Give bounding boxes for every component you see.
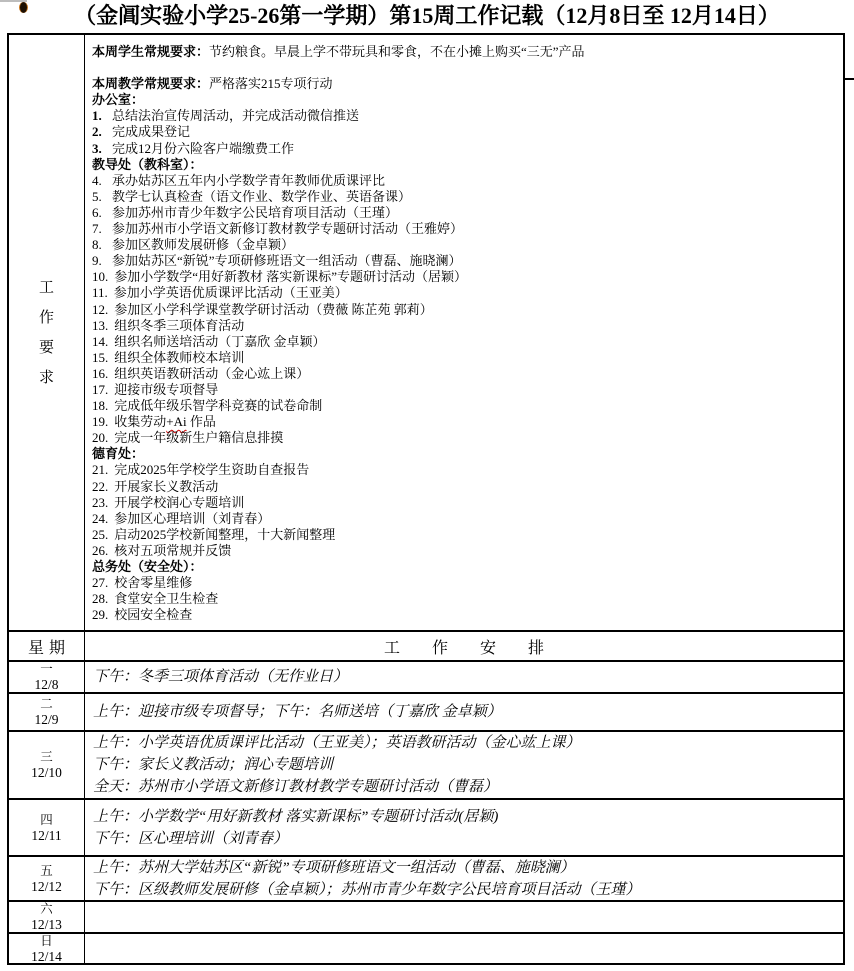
requirements-row: 工作要求 本周学生常规要求：节约粮食。早晨上学不带玩具和零食，不在小摊上购买“三…	[9, 35, 843, 632]
day-of-week: 日	[40, 934, 53, 949]
requirement-item: 24.参加区心理培训（刘青春）	[92, 511, 839, 527]
item-text: 收集劳动	[114, 414, 166, 429]
requirement-item: 21.完成2025年学校学生资助自查报告	[92, 462, 839, 478]
requirement-item: 29.校园安全检查	[92, 607, 839, 623]
section-header: 总务处（安全处）：	[92, 559, 839, 575]
schedule-row: 六12/13	[9, 902, 843, 934]
item-text: 食堂安全卫生检查	[114, 591, 218, 606]
schedule-entry: 下午：家长义教活动；润心专题培训	[93, 754, 837, 776]
side-label-char: 求	[39, 363, 54, 393]
item-text: 校舍零星维修	[114, 575, 192, 590]
schedule-entries	[85, 934, 843, 963]
item-text: 参加区教师发展研修（金卓颖）	[112, 237, 294, 252]
requirements-content: 本周学生常规要求：节约粮食。早晨上学不带玩具和零食，不在小摊上购买“三无”产品 …	[85, 35, 843, 630]
clipped-table-line	[845, 78, 854, 80]
date-label: 12/9	[34, 712, 58, 727]
schedule-rows: 一12/8下午：冬季三项体育活动（无作业日）二12/9上午：迎接市级专项督导；下…	[9, 662, 843, 963]
item-text: 参加区心理培训（刘青春）	[114, 511, 270, 526]
item-number: 22.	[92, 479, 108, 495]
requirement-item: 8.参加区教师发展研修（金卓颖）	[92, 237, 839, 253]
schedule-row: 二12/9上午：迎接市级专项督导；下午：名师送培（丁嘉欣 金卓颖）	[9, 694, 843, 732]
item-number: 15.	[92, 350, 108, 366]
item-text: 组织全体教师校本培训	[114, 350, 244, 365]
item-text: 参加区小学科学课堂教学研讨活动（费薇 陈芷苑 郭莉）	[114, 302, 433, 317]
requirement-item: 2.完成成果登记	[92, 124, 839, 140]
day-column-header: 星期	[9, 632, 85, 660]
date-label: 12/14	[31, 949, 62, 964]
work-arrangement-header: 工 作 安 排	[85, 632, 843, 660]
item-text: 完成低年级乐智学科竞赛的试卷命制	[114, 398, 322, 413]
item-text: 参加苏州市青少年数字公民培育项目活动（王瑾）	[112, 205, 398, 220]
schedule-row: 三12/10上午：小学英语优质课评比活动（王亚美）；英语教研活动（金心竑上课）下…	[9, 732, 843, 800]
requirement-item: 28.食堂安全卫生检查	[92, 591, 839, 607]
requirement-item: 23.开展学校润心专题培训	[92, 495, 839, 511]
schedule-day-cell: 五12/12	[9, 857, 85, 900]
requirement-item: 11.参加小学英语优质课评比活动（王亚美）	[92, 285, 839, 301]
item-number: 13.	[92, 318, 108, 334]
date-label: 12/12	[31, 879, 62, 894]
schedule-row: 四12/11上午：小学数学“用好新教材 落实新课标”专题研讨活动(居颖)下午：区…	[9, 800, 843, 857]
item-text: 完成一年级新生户籍信息排摸	[114, 430, 283, 445]
requirement-item: 1.总结法治宣传周活动，并完成活动微信推送	[92, 108, 839, 124]
schedule-entries: 上午：迎接市级专项督导；下午：名师送培（丁嘉欣 金卓颖）	[85, 694, 843, 730]
schedule-day-cell: 一12/8	[9, 662, 85, 692]
schedule-day-cell: 三12/10	[9, 732, 85, 798]
requirement-item: 13.组织冬季三项体育活动	[92, 318, 839, 334]
requirement-item: 27.校舍零星维修	[92, 575, 839, 591]
item-text: 参加小学数学“用好新教材 落实新课标”专题研讨活动（居颖）	[114, 269, 467, 284]
day-of-week: 四	[40, 813, 53, 828]
requirement-item: 5.教学七认真检查（语文作业、数学作业、英语备课）	[92, 189, 839, 205]
item-text: 作品	[187, 414, 216, 429]
item-text: 承办姑苏区五年内小学数学青年教师优质课评比	[112, 173, 385, 188]
item-number: 1.	[92, 108, 106, 124]
day-of-week: 六	[40, 902, 53, 917]
date-label: 12/10	[31, 765, 62, 780]
item-text: 启动2025学校新闻整理，十大新闻整理	[114, 527, 335, 542]
item-text: 教学七认真检查（语文作业、数学作业、英语备课）	[112, 189, 411, 204]
requirement-item: 18.完成低年级乐智学科竞赛的试卷命制	[92, 398, 839, 414]
item-number: 10.	[92, 269, 108, 285]
section-header: 德育处：	[92, 446, 839, 462]
schedule-entries: 上午：小学数学“用好新教材 落实新课标”专题研讨活动(居颖)下午：区心理培训（刘…	[85, 800, 843, 855]
item-number: 12.	[92, 302, 108, 318]
item-number: 7.	[92, 221, 106, 237]
item-text: 开展学校润心专题培训	[114, 495, 244, 510]
schedule-row: 一12/8下午：冬季三项体育活动（无作业日）	[9, 662, 843, 694]
requirement-item: 22.开展家长义教活动	[92, 479, 839, 495]
rule-label: 本周学生常规要求：	[92, 44, 209, 59]
item-text: 总结法治宣传周活动，并完成活动微信推送	[112, 108, 359, 123]
schedule-day-cell: 六12/13	[9, 902, 85, 932]
item-number: 25.	[92, 527, 108, 543]
requirement-line: 本周教学常规要求：严格落实215专项行动	[92, 76, 839, 92]
section-header: 办公室：	[92, 92, 839, 108]
item-text: 完成12月份六险客户端缴费工作	[112, 141, 294, 156]
item-number: 5.	[92, 189, 106, 205]
day-of-week: 一	[40, 662, 53, 677]
item-number: 28.	[92, 591, 108, 607]
item-text: 迎接市级专项督导	[114, 382, 218, 397]
requirement-item: 14.组织名师送培活动（丁嘉欣 金卓颖）	[92, 334, 839, 350]
item-number: 23.	[92, 495, 108, 511]
date-label: 12/13	[31, 917, 62, 932]
side-label-char: 作	[39, 303, 54, 333]
item-number: 11.	[92, 285, 108, 301]
item-number: 6.	[92, 205, 106, 221]
requirement-item: 9.参加姑苏区“新锐”专项研修班语文一组活动（曹磊、施晓澜）	[92, 253, 839, 269]
requirement-item: 3.完成12月份六险客户端缴费工作	[92, 141, 839, 157]
requirement-item: 4.承办姑苏区五年内小学数学青年教师优质课评比	[92, 173, 839, 189]
requirement-item: 6.参加苏州市青少年数字公民培育项目活动（王瑾）	[92, 205, 839, 221]
rule-text: 节约粮食。早晨上学不带玩具和零食，不在小摊上购买“三无”产品	[209, 44, 585, 59]
date-label: 12/8	[34, 677, 58, 692]
requirements-side-label: 工作要求	[9, 35, 85, 630]
item-number: 18.	[92, 398, 108, 414]
item-text: 组织名师送培活动（丁嘉欣 金卓颖）	[114, 334, 325, 349]
requirement-item: 15.组织全体教师校本培训	[92, 350, 839, 366]
item-number: 16.	[92, 366, 108, 382]
item-text: 校园安全检查	[114, 607, 192, 622]
requirement-item: 16.组织英语教研活动（金心竑上课）	[92, 366, 839, 382]
side-label-char: 工	[39, 273, 54, 303]
spellcheck-squiggle-text: +Ai	[166, 414, 186, 429]
item-text: 组织英语教研活动（金心竑上课）	[114, 366, 309, 381]
item-number: 3.	[92, 141, 106, 157]
item-number: 17.	[92, 382, 108, 398]
requirement-line	[92, 60, 839, 76]
schedule-row: 五12/12上午：苏州大学姑苏区“新锐”专项研修班语文一组活动（曹磊、施晓澜）下…	[9, 857, 843, 902]
schedule-entry: 上午：小学数学“用好新教材 落实新课标”专题研讨活动(居颖)	[93, 806, 837, 828]
item-text: 开展家长义教活动	[114, 479, 218, 494]
schedule-entry: 下午：区级教师发展研修（金卓颖）；苏州市青少年数字公民培育项目活动（王瑾）	[93, 879, 837, 901]
requirement-item: 20.完成一年级新生户籍信息排摸	[92, 430, 839, 446]
schedule-entries: 上午：小学英语优质课评比活动（王亚美）；英语教研活动（金心竑上课）下午：家长义教…	[85, 732, 843, 798]
item-text: 参加姑苏区“新锐”专项研修班语文一组活动（曹磊、施晓澜）	[112, 253, 462, 268]
section-header: 教导处（教科室）：	[92, 157, 839, 173]
schedule-entry: 下午：冬季三项体育活动（无作业日）	[93, 666, 837, 688]
day-of-week: 二	[40, 697, 53, 712]
requirement-item: 17.迎接市级专项督导	[92, 382, 839, 398]
side-label-char: 要	[39, 333, 54, 363]
schedule-entry: 全天：苏州市小学语文新修订教材教学专题研讨活动（曹磊）	[93, 776, 837, 798]
rule-label: 本周教学常规要求：	[92, 76, 209, 91]
item-number: 8.	[92, 237, 106, 253]
schedule-entry: 上午：苏州大学姑苏区“新锐”专项研修班语文一组活动（曹磊、施晓澜）	[93, 857, 837, 879]
item-text: 完成2025年学校学生资助自查报告	[114, 462, 309, 477]
item-text: 完成成果登记	[112, 124, 190, 139]
item-text: 参加苏州市小学语文新修订教材教学专题研讨活动（王雅婷）	[112, 221, 463, 236]
item-number: 2.	[92, 124, 106, 140]
schedule-entry: 下午：区心理培训（刘青春）	[93, 828, 837, 850]
day-of-week: 三	[40, 750, 53, 765]
item-number: 27.	[92, 575, 108, 591]
requirement-item: 19.收集劳动+Ai 作品	[92, 414, 839, 430]
item-number: 4.	[92, 173, 106, 189]
schedule-day-cell: 四12/11	[9, 800, 85, 855]
item-number: 24.	[92, 511, 108, 527]
item-number: 21.	[92, 462, 108, 478]
requirement-item: 26.核对五项常规并反馈	[92, 543, 839, 559]
schedule-entries: 下午：冬季三项体育活动（无作业日）	[85, 662, 843, 692]
item-number: 26.	[92, 543, 108, 559]
item-text: 参加小学英语优质课评比活动（王亚美）	[114, 285, 348, 300]
item-text: 核对五项常规并反馈	[114, 543, 231, 558]
item-number: 29.	[92, 607, 108, 623]
rule-text: 严格落实215专项行动	[209, 76, 333, 91]
item-number: 9.	[92, 253, 106, 269]
requirement-item: 7.参加苏州市小学语文新修订教材教学专题研讨活动（王雅婷）	[92, 221, 839, 237]
requirement-item: 12.参加区小学科学课堂教学研讨活动（费薇 陈芷苑 郭莉）	[92, 302, 839, 318]
day-of-week: 五	[40, 864, 53, 879]
item-text: 组织冬季三项体育活动	[114, 318, 244, 333]
date-label: 12/11	[31, 828, 61, 843]
schedule-row: 日12/14	[9, 934, 843, 963]
schedule-entries: 上午：苏州大学姑苏区“新锐”专项研修班语文一组活动（曹磊、施晓澜）下午：区级教师…	[85, 857, 843, 900]
item-number: 14.	[92, 334, 108, 350]
schedule-entry: 上午：小学英语优质课评比活动（王亚美）；英语教研活动（金心竑上课）	[93, 732, 837, 754]
requirement-item: 25.启动2025学校新闻整理，十大新闻整理	[92, 527, 839, 543]
item-number: 20.	[92, 430, 108, 446]
schedule-entries	[85, 902, 843, 932]
weekly-work-record-table: 工作要求 本周学生常规要求：节约粮食。早晨上学不带玩具和零食，不在小摊上购买“三…	[7, 33, 845, 965]
schedule-day-cell: 二12/9	[9, 694, 85, 730]
page-title: （金阊实验小学25-26第一学期）第15周工作记载（12月8日至 12月14日）	[0, 0, 854, 31]
schedule-header-row: 星期 工 作 安 排	[9, 632, 843, 662]
schedule-entry: 上午：迎接市级专项督导；下午：名师送培（丁嘉欣 金卓颖）	[93, 701, 837, 723]
schedule-day-cell: 日12/14	[9, 934, 85, 963]
requirement-item: 10.参加小学数学“用好新教材 落实新课标”专题研讨活动（居颖）	[92, 269, 839, 285]
requirement-line: 本周学生常规要求：节约粮食。早晨上学不带玩具和零食，不在小摊上购买“三无”产品	[92, 44, 839, 60]
item-number: 19.	[92, 414, 108, 430]
